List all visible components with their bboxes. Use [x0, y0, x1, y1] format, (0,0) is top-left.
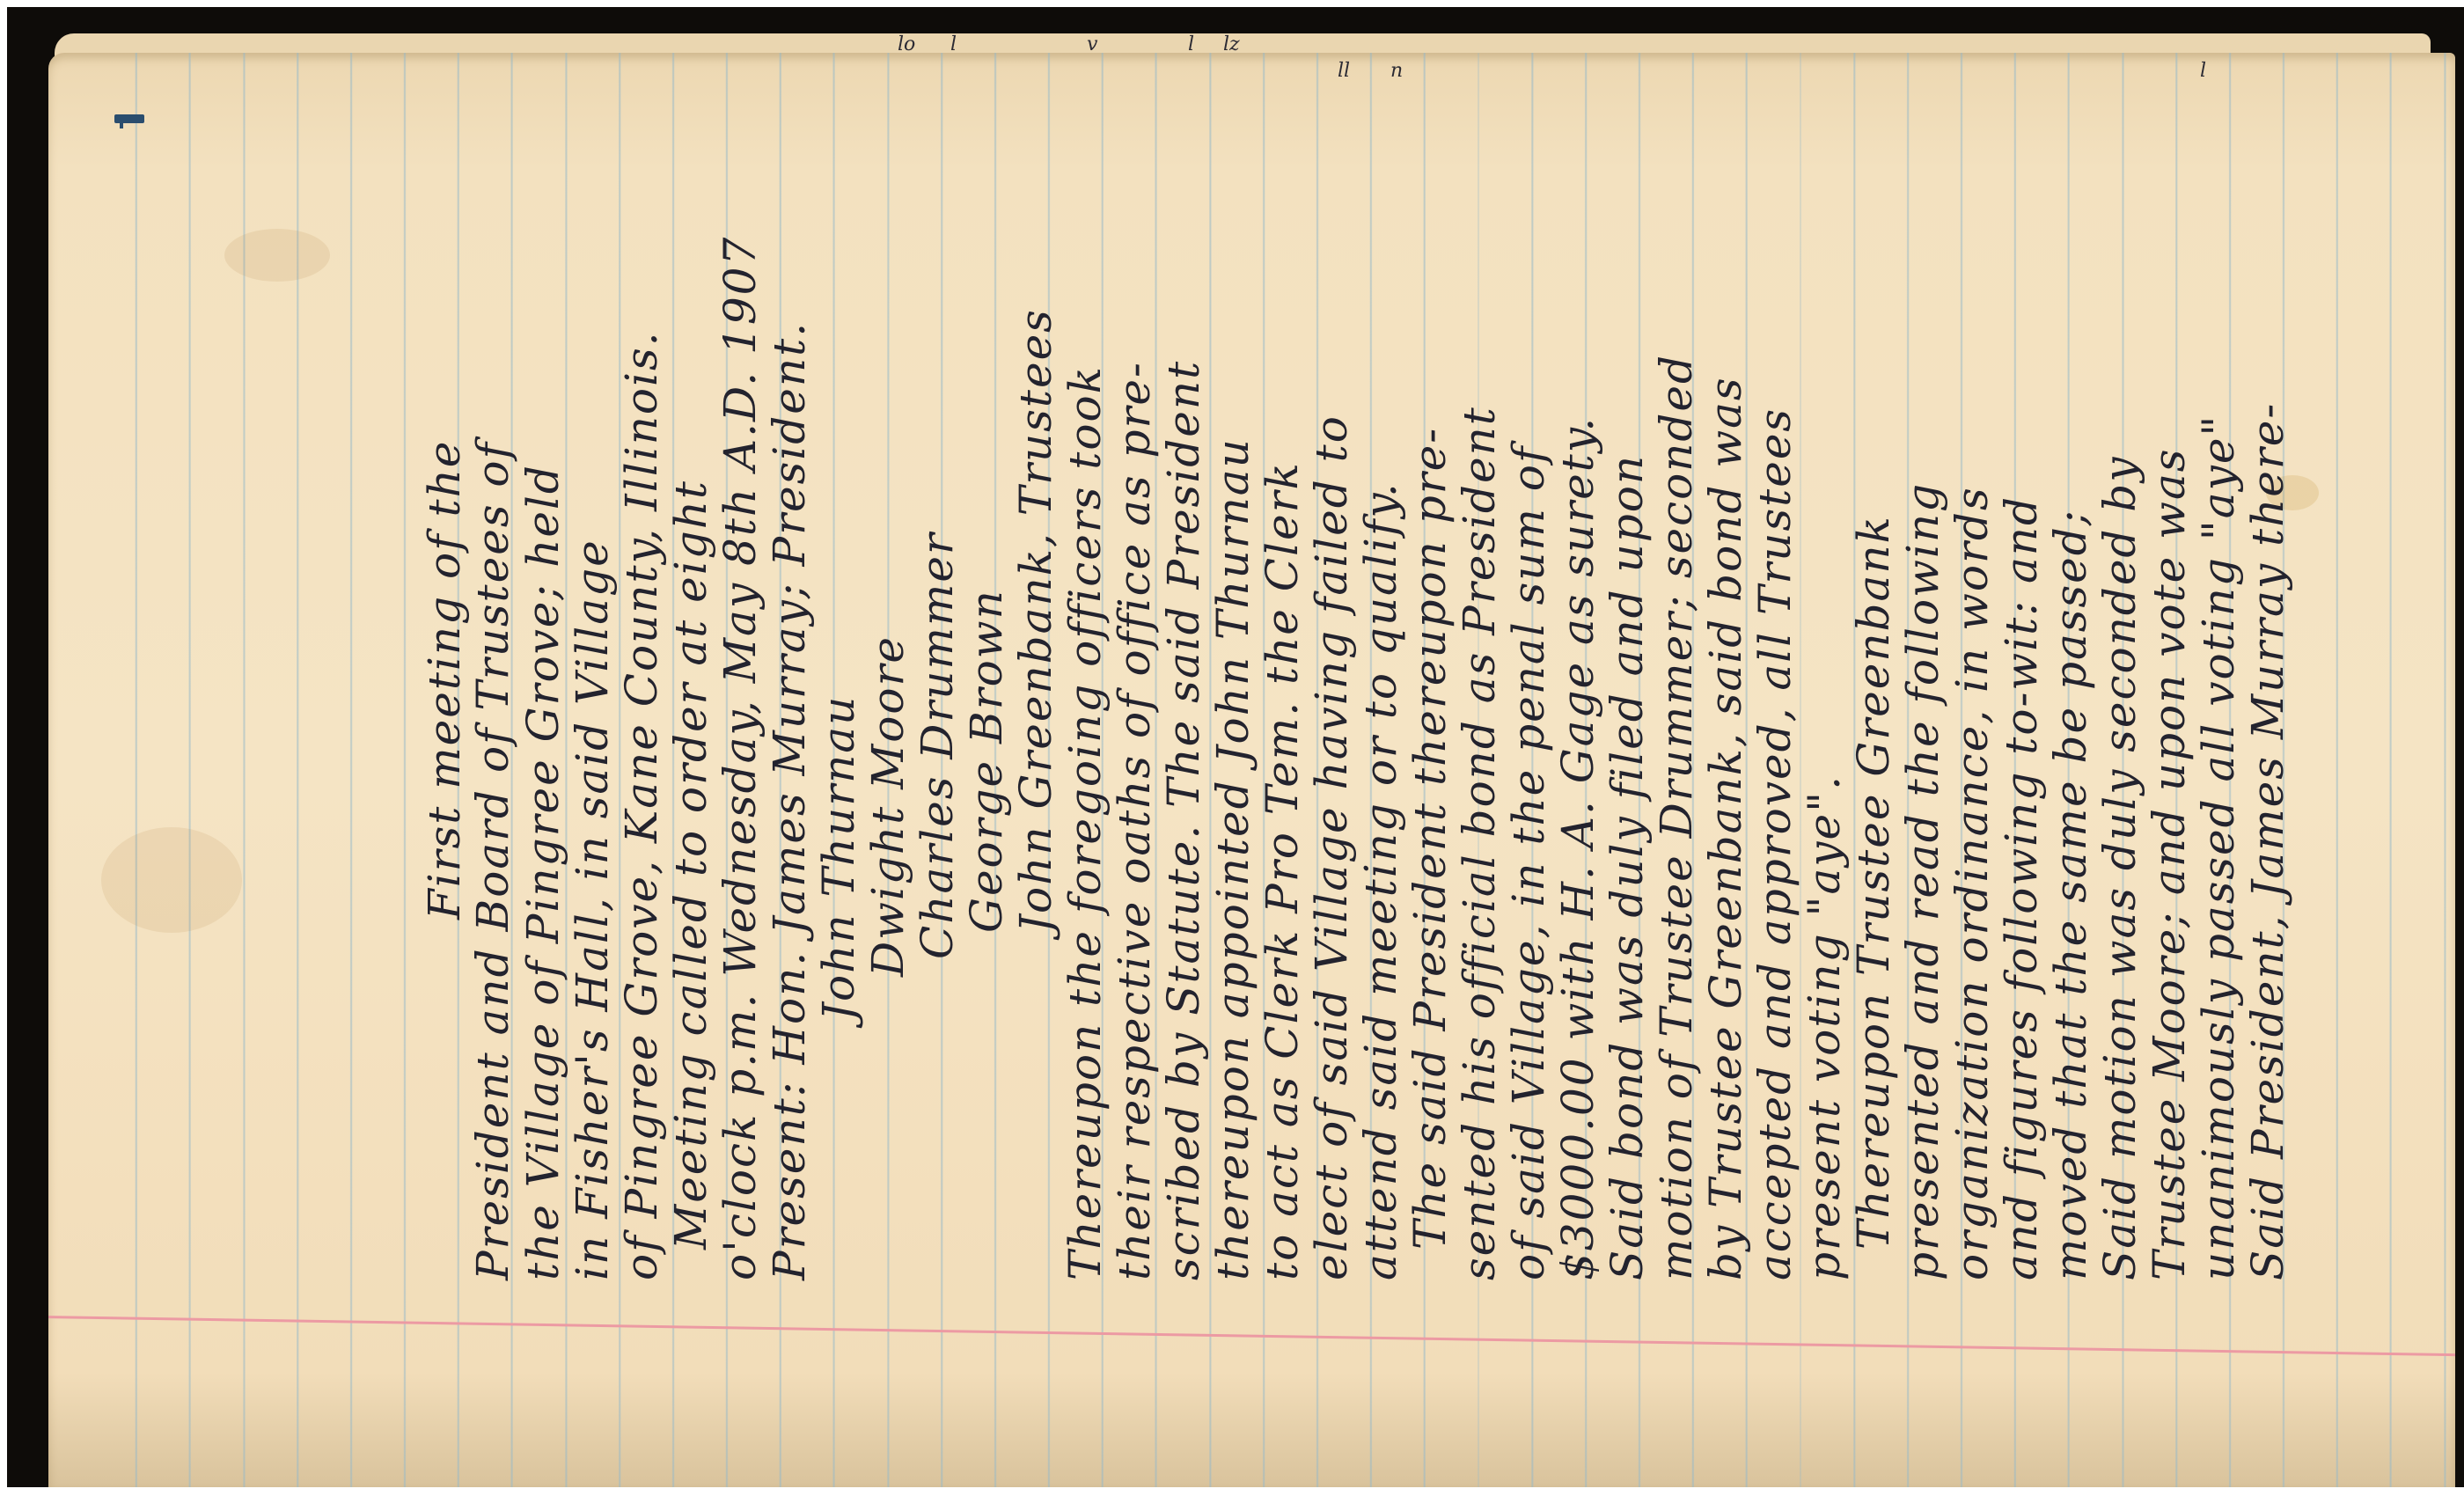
handwritten-line: by Trustee Greenbank, said bond was: [1704, 376, 1748, 1280]
handwritten-line: organization ordinance, in words: [1950, 486, 1994, 1280]
handwritten-line: the Village of Pingree Grove; held: [521, 464, 565, 1280]
handwritten-line: Said motion was duly seconded by: [2098, 455, 2142, 1280]
handwritten-line: Dwight Moore: [866, 635, 910, 977]
handwritten-line: $3000.00 with H. A. Gage as surety.: [1556, 416, 1600, 1280]
handwritten-line: of Pingree Grove, Kane County, Illinois.: [620, 330, 664, 1280]
handwritten-line: thereupon appointed John Thurnau: [1211, 437, 1255, 1280]
handwritten-line: Said bond was duly filed and upon: [1605, 454, 1649, 1280]
handwritten-line: John Greenbank, Trustees: [1014, 308, 1058, 933]
handwritten-line: Meeting called to order at eight: [669, 480, 713, 1250]
handwritten-line: Thereupon the foregoing officers took: [1063, 365, 1107, 1280]
handwritten-line: The said President thereupon pre-: [1408, 427, 1452, 1250]
handwritten-line: sented his official bond as President: [1457, 406, 1501, 1280]
handwritten-line: o'clock p.m. Wednesday, May 8th A.D. 190…: [718, 236, 762, 1280]
handwritten-line: and figures following to-wit: and: [1999, 495, 2043, 1280]
handwritten-line: unanimously passed all voting "aye": [2196, 414, 2240, 1280]
handwritten-line: their respective oaths of office as pre-: [1112, 361, 1156, 1280]
handwritten-line: Trustee Moore; and upon vote was: [2147, 448, 2191, 1280]
handwritten-line: to act as Clerk Pro Tem. the Clerk: [1260, 461, 1304, 1280]
handwritten-line: George Brown: [964, 589, 1008, 933]
handwritten-line: elect of said Village having failed to: [1309, 414, 1353, 1280]
handwritten-line: Said President, James Murray there-: [2246, 402, 2290, 1280]
handwritten-line: motion of Trustee Drummer; seconded: [1654, 354, 1698, 1280]
handwritten-line: First meeting of the: [422, 440, 466, 920]
handwritten-line: of said Village, in the penal sum of: [1507, 445, 1551, 1280]
handwritten-line: present voting "aye".: [1802, 774, 1846, 1280]
handwritten-text: First meeting of thePresident and Board …: [0, 0, 2464, 1496]
handwritten-line: John Thurnau: [817, 695, 861, 1021]
handwritten-line: presented and read the following: [1901, 482, 1945, 1280]
handwritten-line: moved that the same be passed;: [2049, 509, 2093, 1280]
handwritten-line: President and Board of Trustees of: [471, 441, 515, 1280]
handwritten-line: in Fisher's Hall, in said Village: [570, 539, 614, 1280]
handwritten-line: accepted and approved, all Trustees: [1753, 407, 1797, 1280]
handwritten-line: scribed by Statute. The said President: [1162, 360, 1206, 1280]
handwritten-line: attend said meeting or to qualify.: [1359, 481, 1403, 1280]
handwritten-line: Present: Hon. James Murray; President.: [767, 321, 811, 1280]
handwritten-line: Thereupon Trustee Greenbank: [1852, 515, 1896, 1250]
handwritten-line: Charles Drummer: [915, 532, 959, 959]
